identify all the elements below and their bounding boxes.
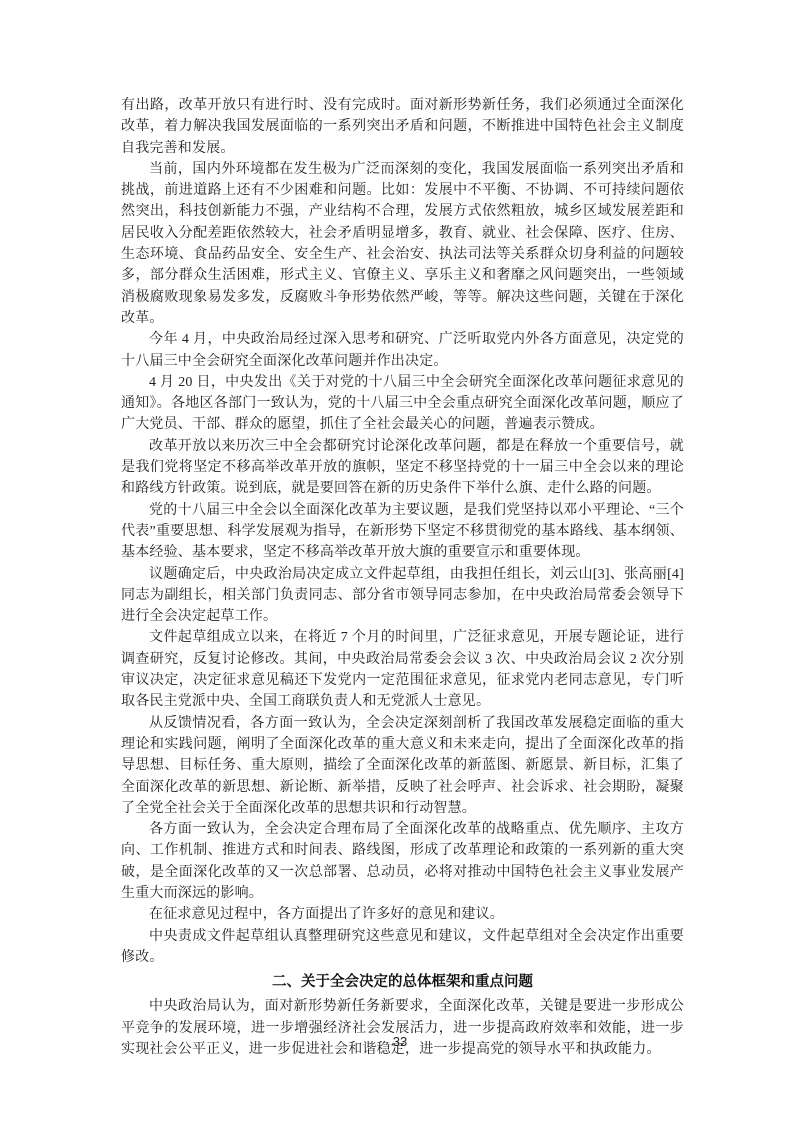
section-heading: 二、关于全会决定的总体框架和重点问题 [121, 972, 684, 993]
page-number: 33 [0, 1034, 800, 1049]
page-content: 有出路，改革开放只有进行时、没有完成时。面对新形势新任务，我们必须通过全面深化改… [121, 95, 684, 1060]
paragraph: 在征求意见过程中，各方面提出了许多好的意见和建议。 [121, 904, 684, 925]
paragraph: 议题确定后，中央政治局决定成立文件起草组，由我担任组长，刘云山[3]、张高丽[4… [121, 564, 684, 628]
document-page: 有出路，改革开放只有进行时、没有完成时。面对新形势新任务，我们必须通过全面深化改… [0, 0, 800, 1131]
paragraph: 中央责成文件起草组认真整理研究这些意见和建议，文件起草组对全会决定作出重要修改。 [121, 926, 684, 969]
paragraph: 当前，国内外环境都在发生极为广泛而深刻的变化，我国发展面临一系列突出矛盾和挑战，… [121, 159, 684, 329]
paragraph-continuation: 有出路，改革开放只有进行时、没有完成时。面对新形势新任务，我们必须通过全面深化改… [121, 95, 684, 159]
paragraph: 改革开放以来历次三中全会都研究讨论深化改革问题，都是在释放一个重要信号，就是我们… [121, 436, 684, 500]
paragraph: 文件起草组成立以来，在将近 7 个月的时间里，广泛征求意见，开展专题论证，进行调… [121, 627, 684, 712]
paragraph: 各方面一致认为，全会决定合理布局了全面深化改革的战略重点、优先顺序、主攻方向、工… [121, 819, 684, 904]
paragraph: 4 月 20 日，中央发出《关于对党的十八届三中全会研究全面深化改革问题征求意见… [121, 372, 684, 436]
paragraph: 中央政治局认为，面对新形势新任务新要求，全面深化改革，关键是要进一步形成公平竞争… [121, 996, 684, 1060]
paragraph: 从反馈情况看，各方面一致认为，全会决定深刻剖析了我国改革发展稳定面临的重大理论和… [121, 713, 684, 819]
paragraph: 今年 4 月，中央政治局经过深入思考和研究、广泛听取党内外各方面意见，决定党的十… [121, 329, 684, 372]
paragraph: 党的十八届三中全会以全面深化改革为主要议题，是我们党坚持以邓小平理论、“三个代表… [121, 500, 684, 564]
